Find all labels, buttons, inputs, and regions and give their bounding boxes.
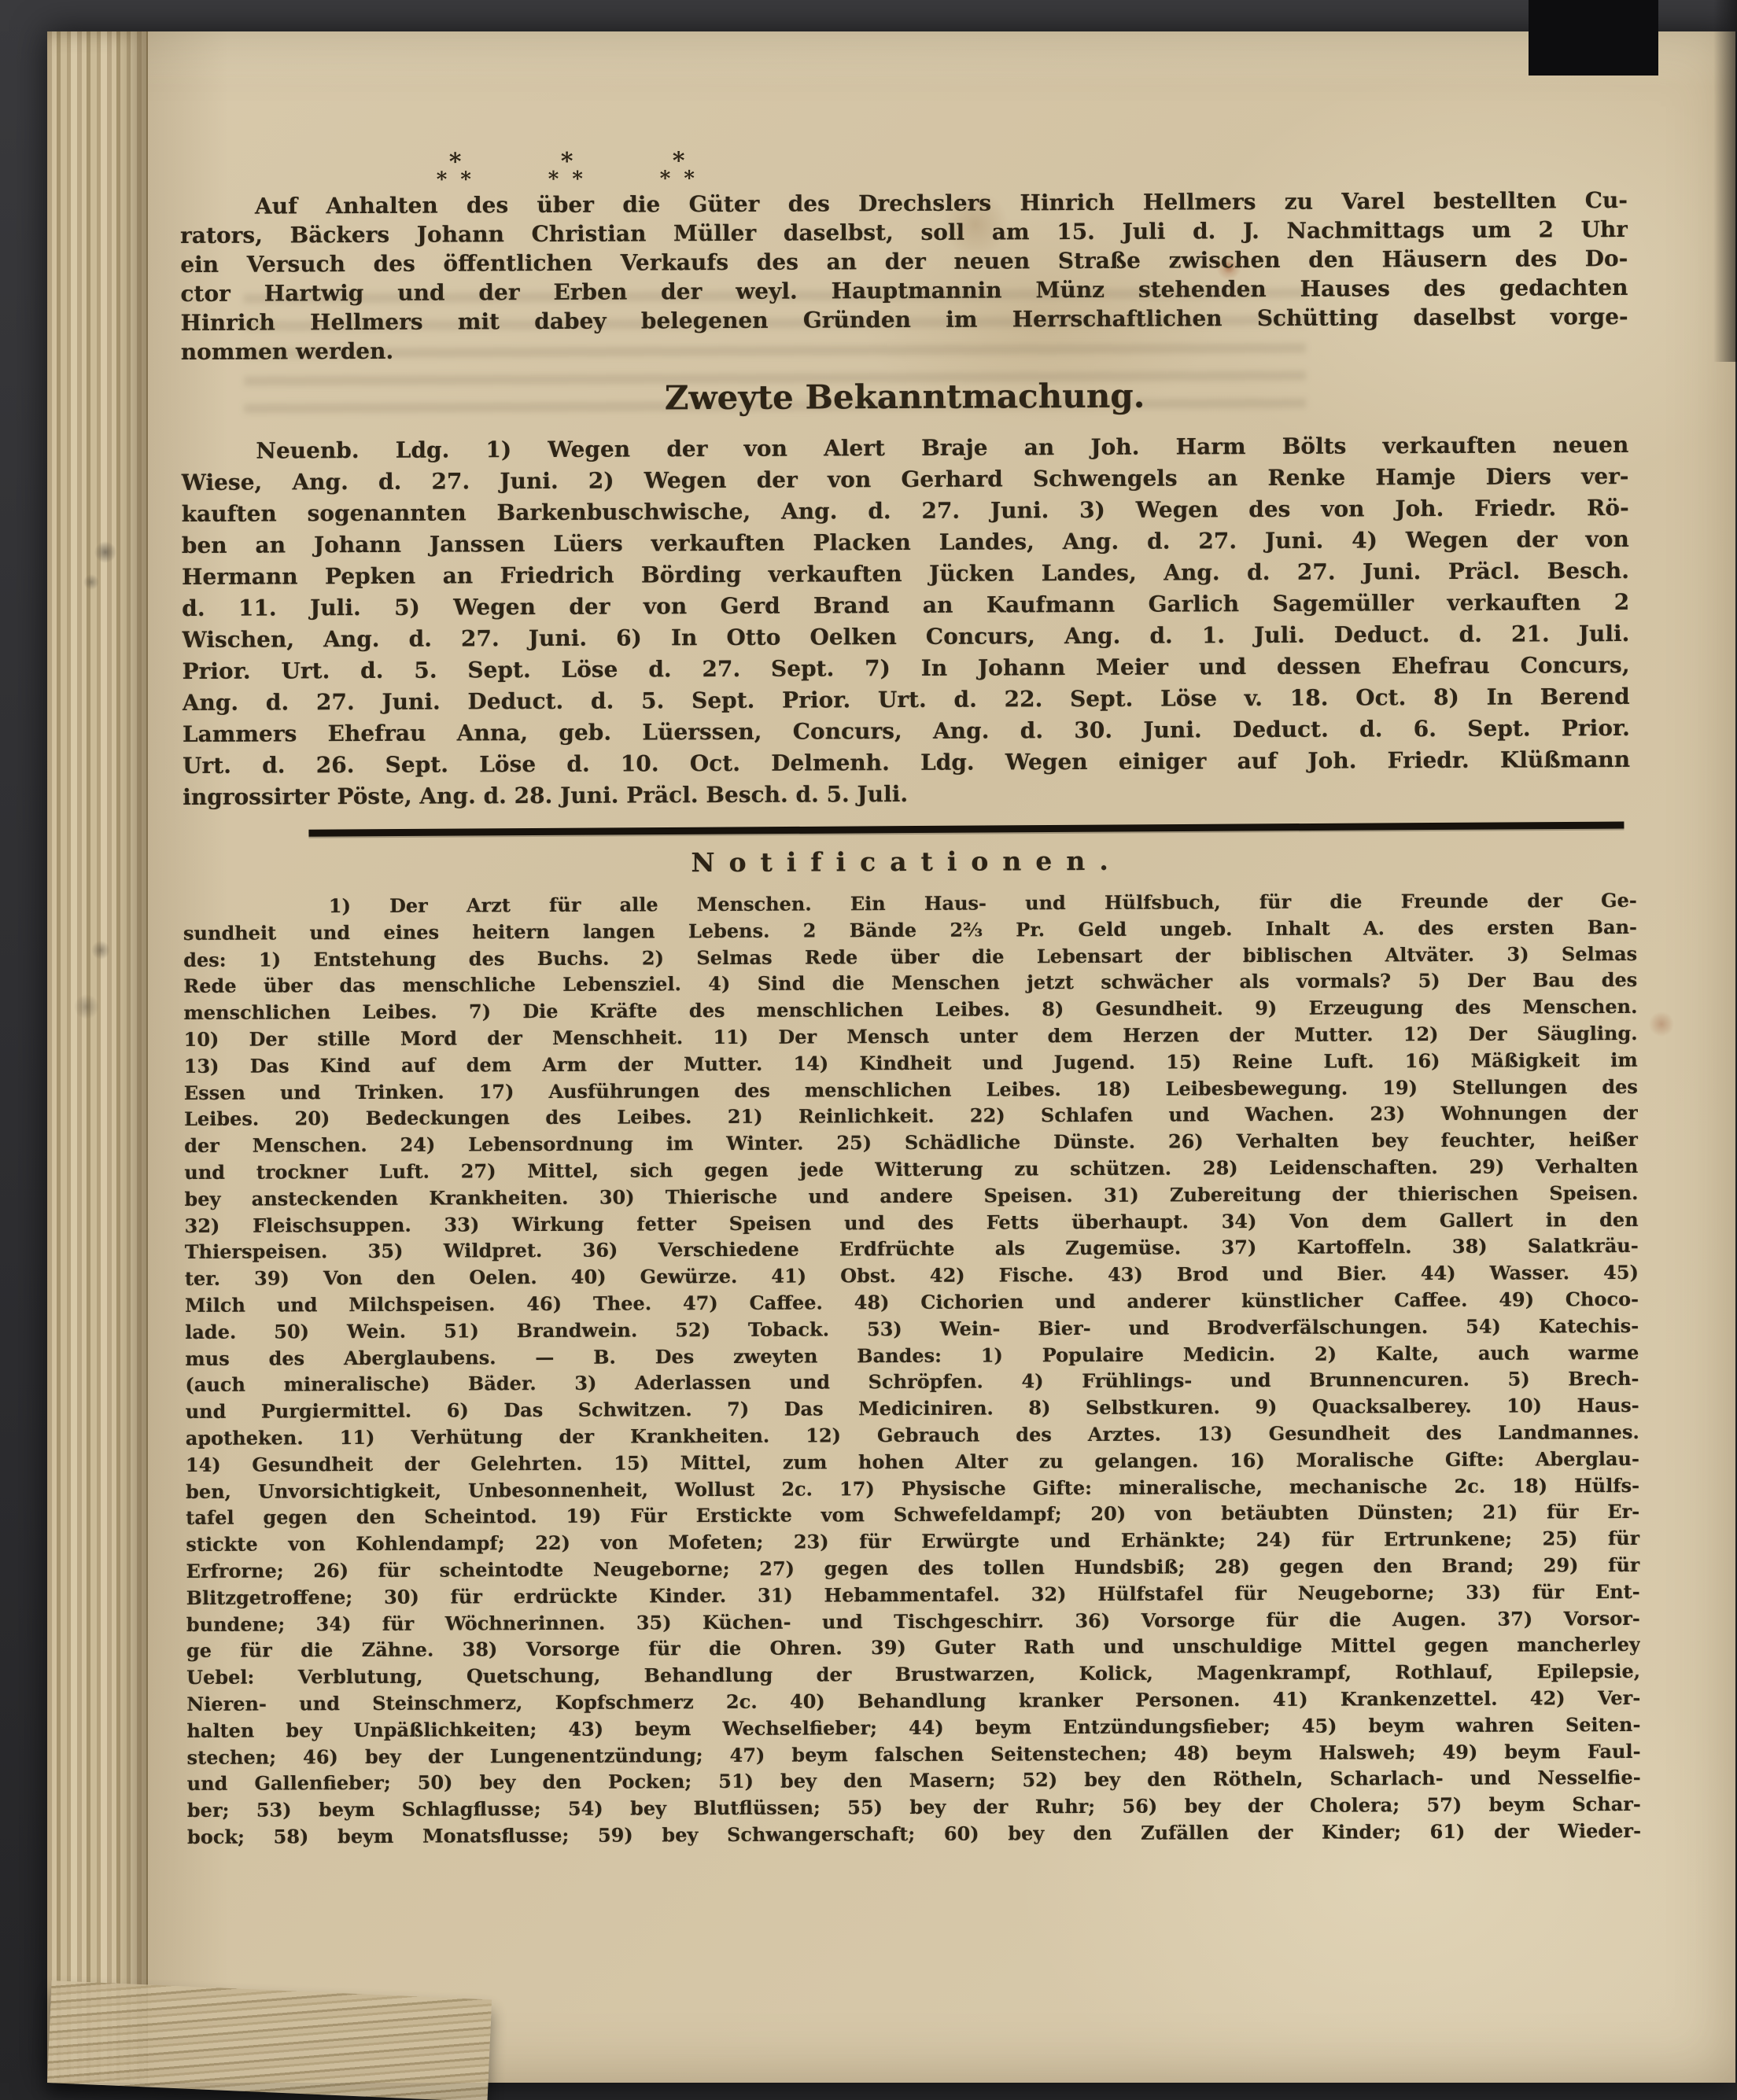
asterisk-icon: * * (660, 169, 698, 188)
section-divider-rule (308, 822, 1624, 837)
text-line: ingrossirter Pöste, Ang. d. 28. Juni. Pr… (183, 776, 1630, 813)
notifications-heading: Notificationen. (183, 843, 1631, 880)
asterisk-cluster-icon: * * * (654, 153, 704, 188)
bottom-page-stack-edge (47, 1980, 492, 2100)
first-announcement-paragraph: Auf Anhalten des über die Güter des Drec… (180, 186, 1628, 367)
right-edge-shadow (1713, 0, 1737, 362)
text-line: bock; 58) beym Monatsflusse; 59) bey Sch… (187, 1818, 1641, 1851)
photo-background: * * * * * * * * * Auf Anhalten des über … (0, 0, 1737, 2100)
asterisk-ornament-row: * * * * * * * * * (430, 153, 704, 190)
book-page: * * * * * * * * * Auf Anhalten des über … (47, 31, 1735, 2083)
page-stack-edge (47, 31, 148, 2083)
notifications-paragraph: 1) Der Arzt für alle Menschen. Ein Haus-… (183, 887, 1641, 1851)
asterisk-cluster-icon: * * * (430, 154, 481, 189)
text-line: Urt. d. 26. Sept. Löse d. 10. Oct. Delme… (183, 744, 1630, 782)
asterisk-cluster-icon: * * * (542, 154, 592, 189)
second-announcement-paragraph: Neuenb. Ldg. 1) Wegen der von Alert Braj… (181, 429, 1630, 813)
asterisk-icon: * * (548, 170, 586, 189)
second-announcement-heading: Zweyte Bekanntmachung. (181, 374, 1628, 419)
page-content: * * * * * * * * * Auf Anhalten des über … (179, 25, 1636, 2083)
photo-black-notch (1529, 0, 1658, 76)
asterisk-icon: * * (437, 170, 474, 189)
